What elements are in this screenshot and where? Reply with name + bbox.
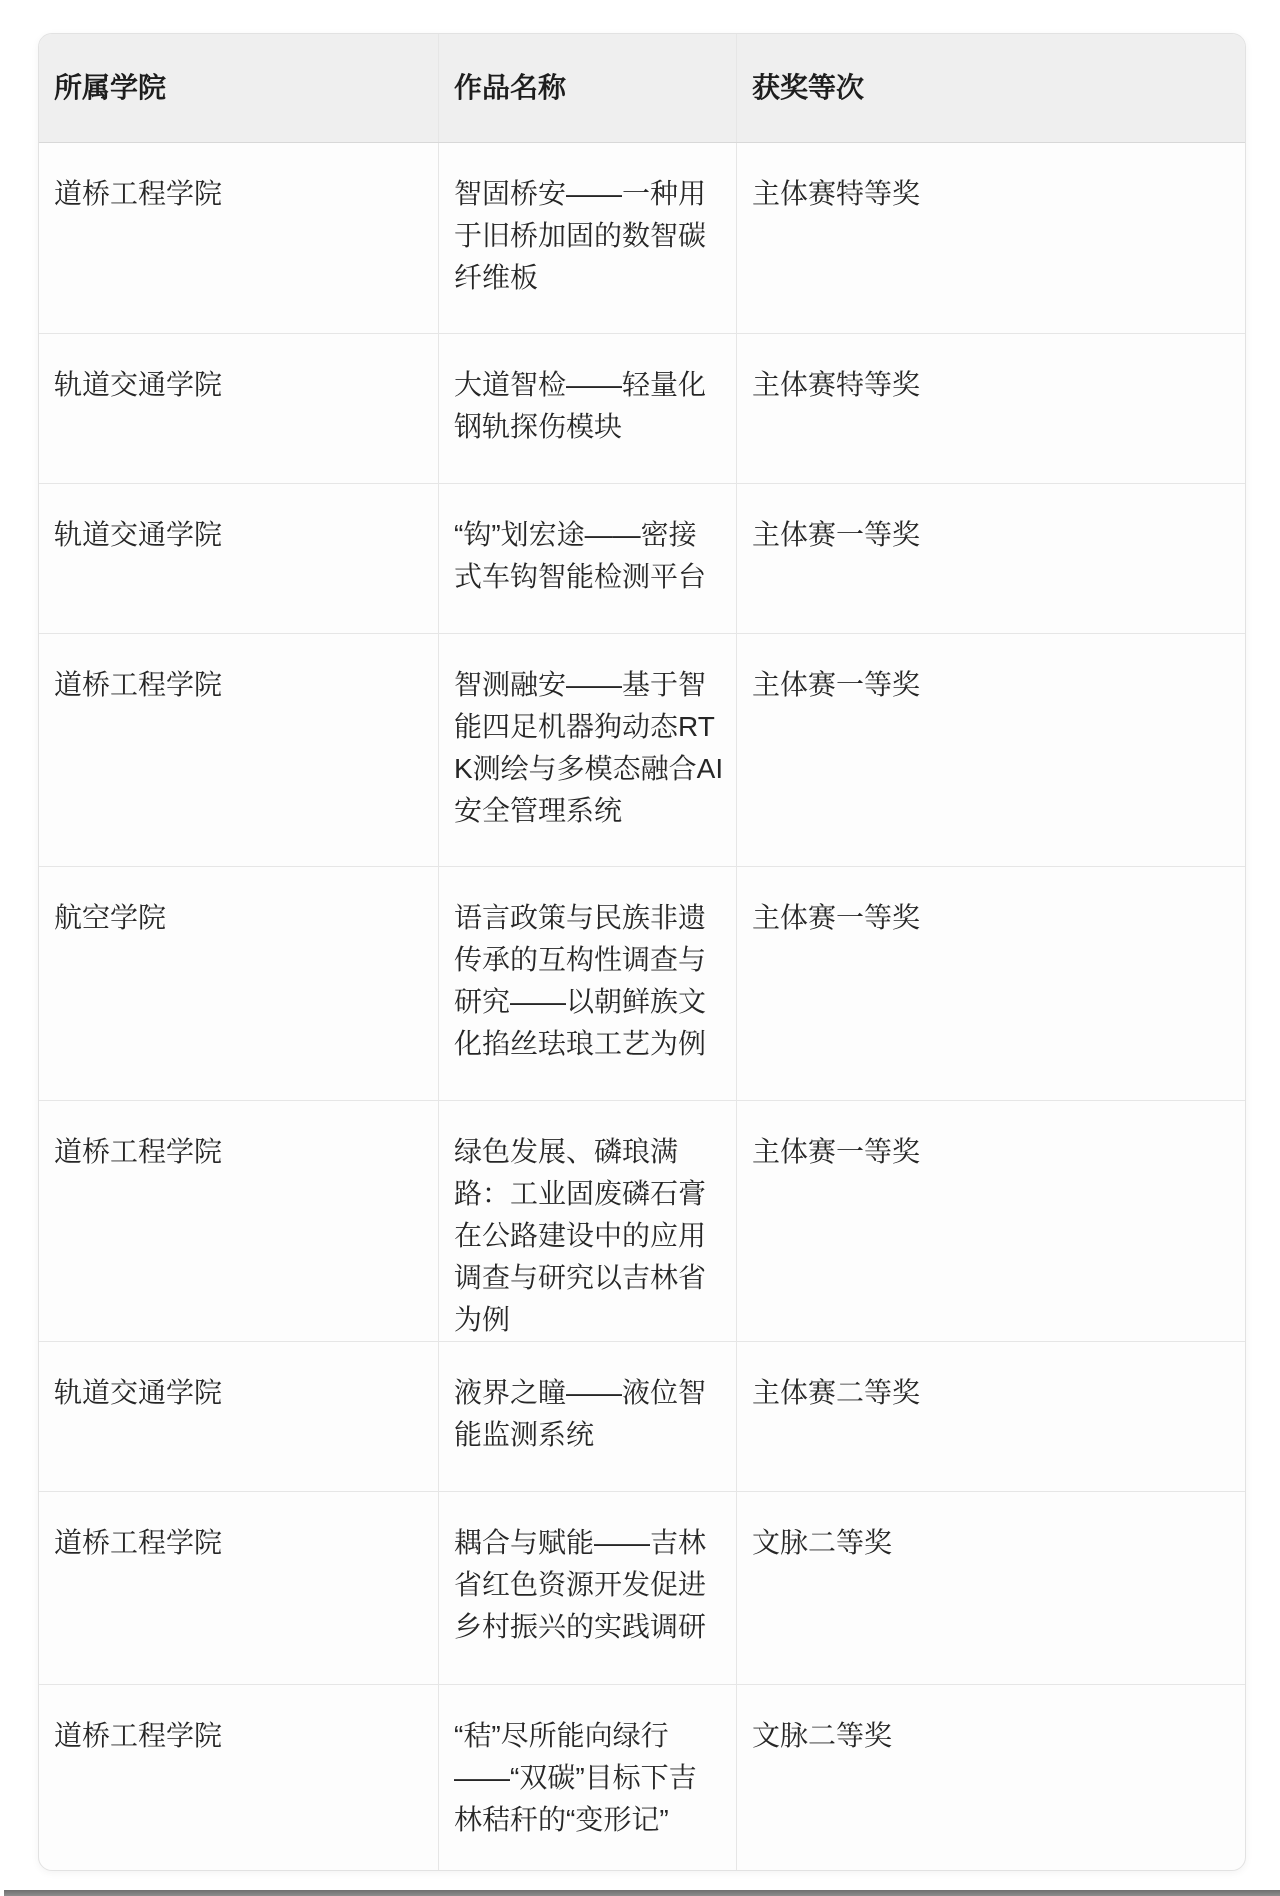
table-row: 道桥工程学院 “秸”尽所能向绿行——“双碳”目标下吉林秸秆的“变形记” 文脉二等… <box>39 1684 1245 1870</box>
work-name-cell: 耦合与赋能——吉林省红色资源开发促进乡村振兴的实践调研 <box>438 1492 736 1684</box>
table-row: 道桥工程学院 智测融安——基于智能四足机器狗动态RTK测绘与多模态融合AI安全管… <box>39 633 1245 866</box>
college-cell: 航空学院 <box>39 867 438 1100</box>
table-row: 轨道交通学院 液界之瞳——液位智能监测系统 主体赛二等奖 <box>39 1341 1245 1491</box>
table-row: 道桥工程学院 耦合与赋能——吉林省红色资源开发促进乡村振兴的实践调研 文脉二等奖 <box>39 1491 1245 1684</box>
work-name-cell: “秸”尽所能向绿行——“双碳”目标下吉林秸秆的“变形记” <box>438 1685 736 1870</box>
award-cell: 文脉二等奖 <box>736 1492 1245 1684</box>
college-cell: 轨道交通学院 <box>39 1342 438 1491</box>
column-header-award-level: 获奖等次 <box>736 34 1245 142</box>
college-cell: 轨道交通学院 <box>39 334 438 483</box>
college-cell: 道桥工程学院 <box>39 1492 438 1684</box>
work-name-cell: 大道智检——轻量化钢轨探伤模块 <box>438 334 736 483</box>
work-name-cell: “钩”划宏途——密接式车钩智能检测平台 <box>438 484 736 633</box>
work-name-cell: 语言政策与民族非遗传承的互构性调查与研究——以朝鲜族文化掐丝珐琅工艺为例 <box>438 867 736 1100</box>
work-name-cell: 智固桥安——一种用于旧桥加固的数智碳纤维板 <box>438 143 736 333</box>
award-cell: 文脉二等奖 <box>736 1685 1245 1870</box>
table-row: 航空学院 语言政策与民族非遗传承的互构性调查与研究——以朝鲜族文化掐丝珐琅工艺为… <box>39 866 1245 1100</box>
work-name-cell: 液界之瞳——液位智能监测系统 <box>438 1342 736 1491</box>
column-header-work-name: 作品名称 <box>438 34 736 142</box>
bottom-edge-bar <box>4 1890 1280 1896</box>
college-cell: 轨道交通学院 <box>39 484 438 633</box>
awards-table-card: 所属学院 作品名称 获奖等次 道桥工程学院 智固桥安——一种用于旧桥加固的数智碳… <box>38 33 1246 1871</box>
college-cell: 道桥工程学院 <box>39 634 438 866</box>
college-cell: 道桥工程学院 <box>39 143 438 333</box>
college-cell: 道桥工程学院 <box>39 1685 438 1870</box>
work-name-cell: 绿色发展、磷琅满路：工业固废磷石膏在公路建设中的应用调查与研究以吉林省为例 <box>438 1101 736 1341</box>
table-row: 道桥工程学院 绿色发展、磷琅满路：工业固废磷石膏在公路建设中的应用调查与研究以吉… <box>39 1100 1245 1341</box>
award-cell: 主体赛二等奖 <box>736 1342 1245 1491</box>
table-row: 轨道交通学院 “钩”划宏途——密接式车钩智能检测平台 主体赛一等奖 <box>39 483 1245 633</box>
table-header-row: 所属学院 作品名称 获奖等次 <box>39 34 1245 142</box>
work-name-cell: 智测融安——基于智能四足机器狗动态RTK测绘与多模态融合AI安全管理系统 <box>438 634 736 866</box>
award-cell: 主体赛一等奖 <box>736 1101 1245 1341</box>
award-cell: 主体赛一等奖 <box>736 484 1245 633</box>
award-cell: 主体赛一等奖 <box>736 634 1245 866</box>
award-cell: 主体赛特等奖 <box>736 143 1245 333</box>
award-cell: 主体赛一等奖 <box>736 867 1245 1100</box>
college-cell: 道桥工程学院 <box>39 1101 438 1341</box>
column-header-college: 所属学院 <box>39 34 438 142</box>
table-row: 道桥工程学院 智固桥安——一种用于旧桥加固的数智碳纤维板 主体赛特等奖 <box>39 142 1245 333</box>
award-cell: 主体赛特等奖 <box>736 334 1245 483</box>
table-row: 轨道交通学院 大道智检——轻量化钢轨探伤模块 主体赛特等奖 <box>39 333 1245 483</box>
